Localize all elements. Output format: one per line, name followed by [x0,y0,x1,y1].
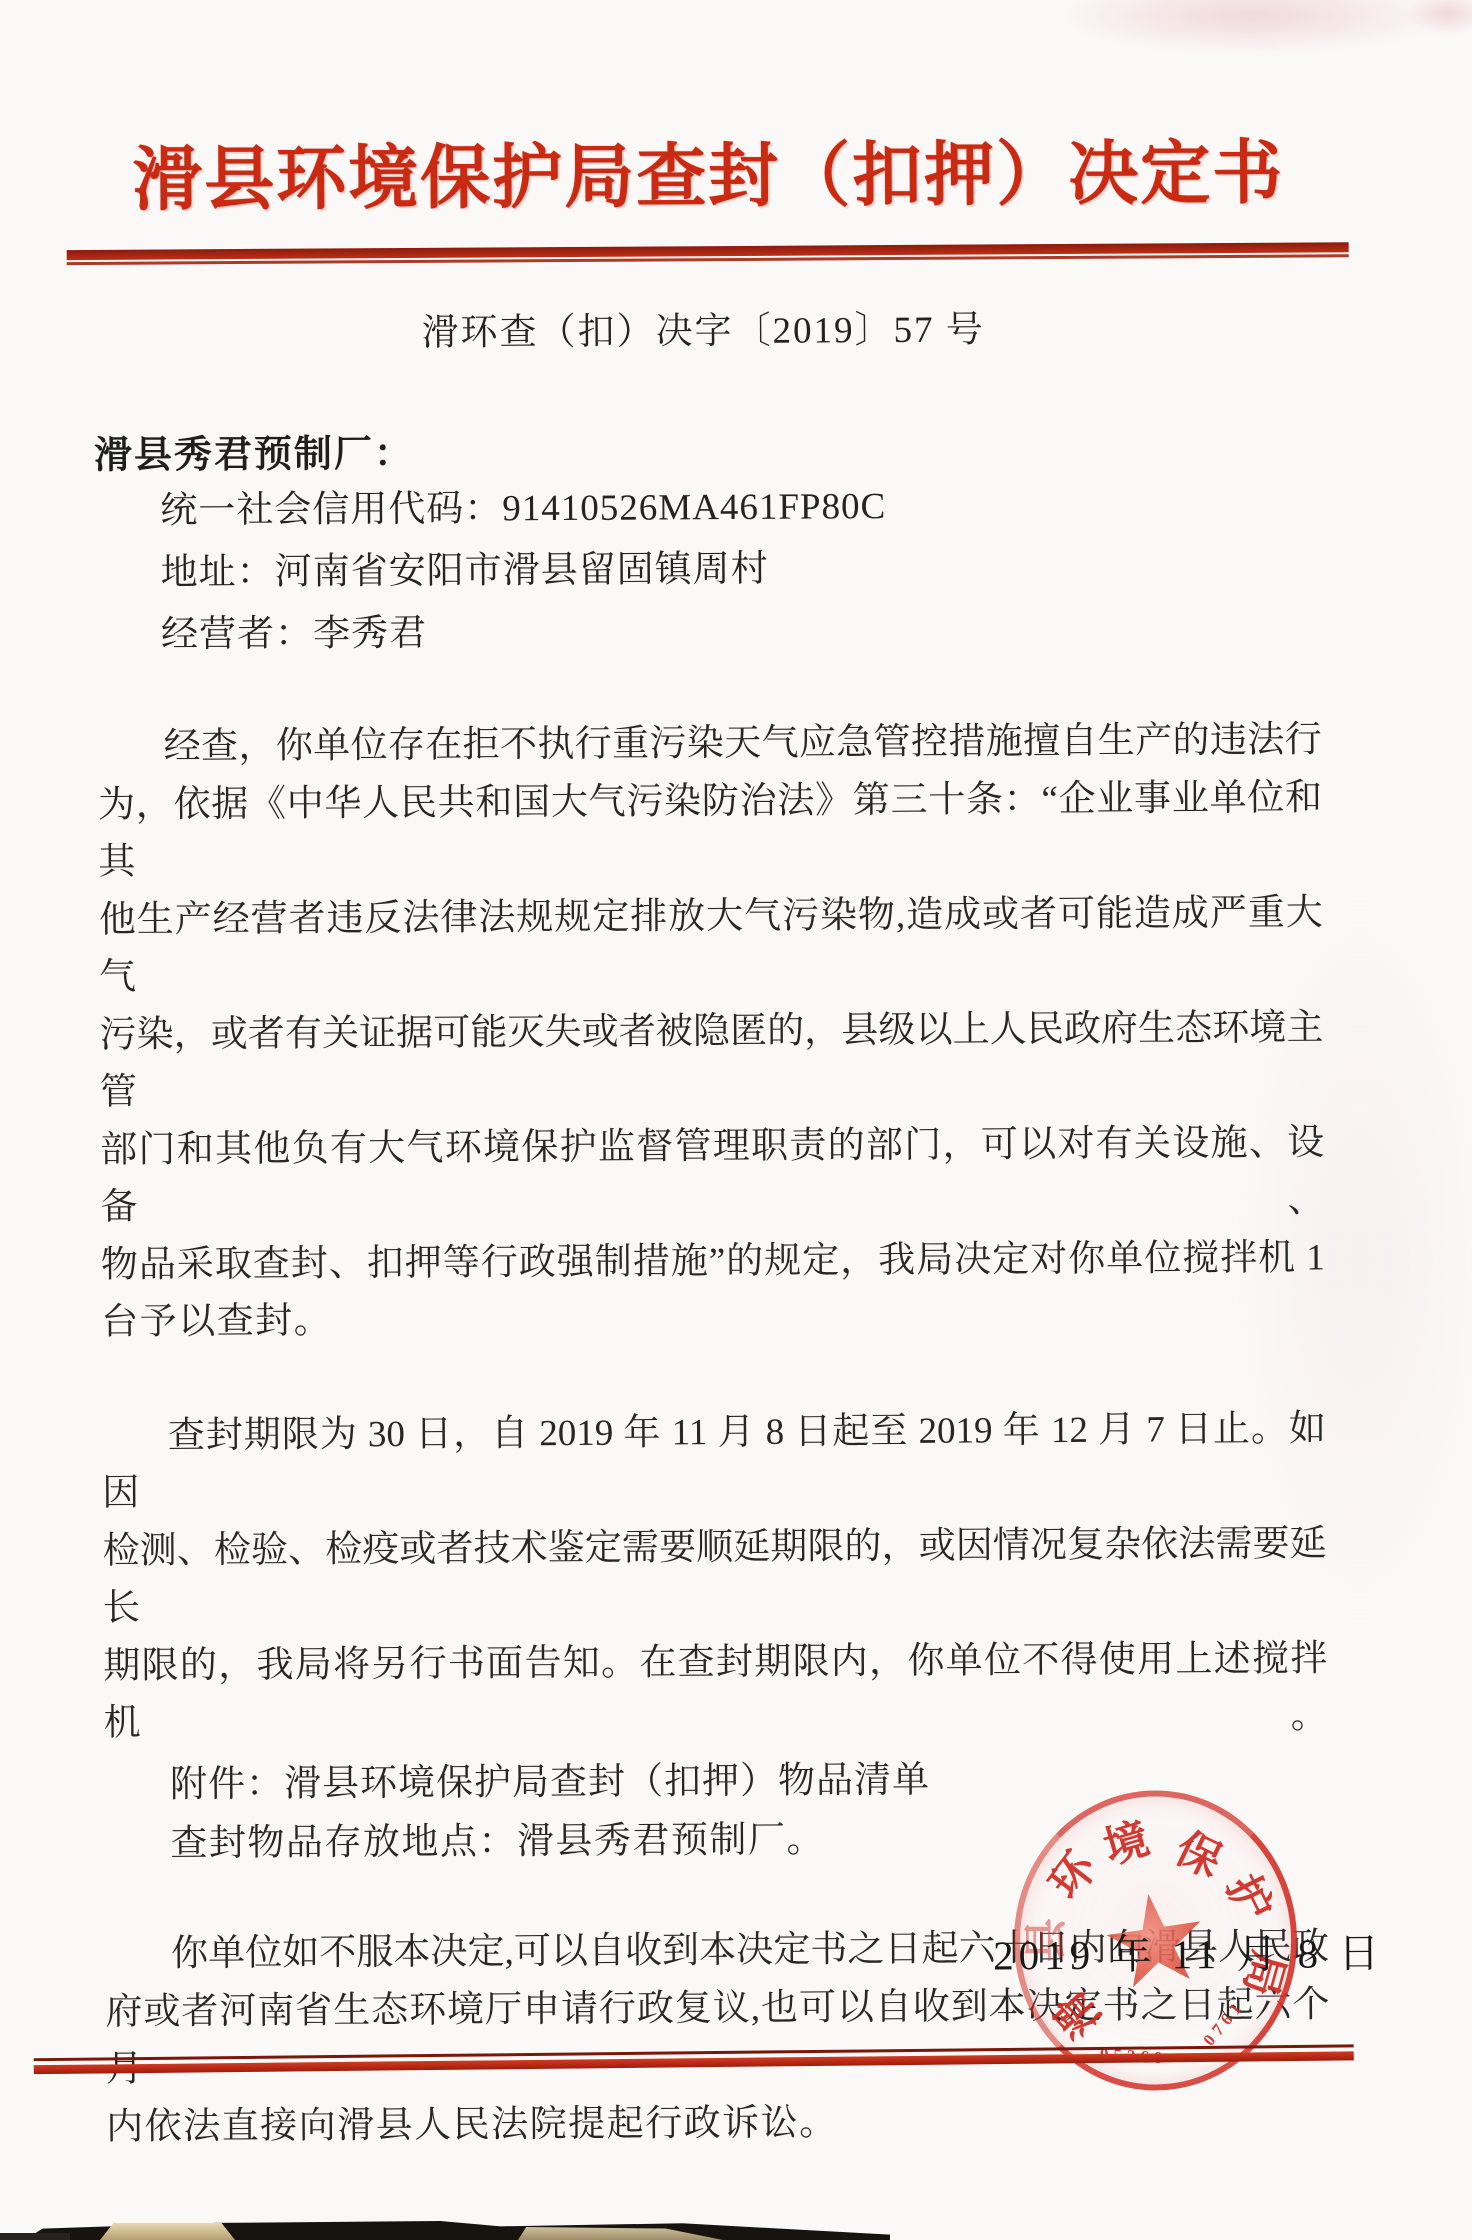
photo-edge [0,2215,1472,2240]
document-number: 滑环查（扣）决字〔2019〕57 号 [0,296,1439,359]
document-title: 滑县环境保护局查封（扣押）决定书 [0,122,1445,235]
photo-edge-desk [100,2223,235,2240]
recipient-name: 滑县秀君预制厂： [94,422,414,479]
issue-date: 2019 年 11 月 8 日 [993,1920,1385,1981]
scanned-document-page: 滑县环境保护局查封（扣押）决定书 滑环查（扣）决字〔2019〕57 号 滑县秀君… [0,0,1472,2240]
body-line: 为，依据《中华人民共和国大气污染防治法》第三十条：“企业事业单位和其 [98,769,1323,891]
body-line: 内依法直接向滑县人民法院提起行政诉讼。 [106,2091,1330,2156]
body-line: 期限的，我局将另行书面告知。在查封期限内，你单位不得使用上述搅拌机。 [103,1630,1328,1752]
recipient-info-line: 经营者：李秀君 [161,600,887,666]
recipient-info-block: 统一社会信用代码：91410526MA461FP80C地址：河南省安阳市滑县留固… [160,476,887,666]
body-line: 台予以查封。 [101,1286,1325,1351]
body-line: 他生产经营者违反法律法规规定排放大气污染物,造成或者可能造成严重大气 [99,884,1324,1006]
body-line: 经查，你单位存在拒不执行重污染天气应急管控措施擅自生产的违法行 [98,711,1322,776]
body-paragraph: 查封期限为 30 日，自 2019 年 11 月 8 日起至 2019 年 12… [102,1400,1328,1752]
title-divider [67,242,1349,265]
body-line: 检测、检验、检疫或者技术鉴定需要顺延期限的，或因情况复杂依法需要延长 [102,1515,1327,1637]
body-line: 物品采取查封、扣押等行政强制措施”的规定，我局决定对你单位搅拌机 1 [101,1229,1325,1294]
document-content: 滑县环境保护局查封（扣押）决定书 滑环查（扣）决字〔2019〕57 号 滑县秀君… [0,0,1472,2240]
body-line: 部门和其他负有大气环境保护监督管理职责的部门，可以对有关设施、设备、 [100,1114,1325,1236]
body-paragraph: 经查，你单位存在拒不执行重污染天气应急管控措施擅自生产的违法行为，依据《中华人民… [98,711,1326,1351]
photo-edge-shadow [0,2233,70,2240]
body-line: 查封期限为 30 日，自 2019 年 11 月 8 日起至 2019 年 12… [102,1400,1327,1522]
recipient-info-line: 统一社会信用代码：91410526MA461FP80C [160,476,886,542]
body-line: 污染，或者有关证据可能灭失或者被隐匿的，县级以上人民政府生态环境主管 [99,999,1324,1121]
recipient-info-line: 地址：河南省安阳市滑县留固镇周村 [160,538,886,604]
